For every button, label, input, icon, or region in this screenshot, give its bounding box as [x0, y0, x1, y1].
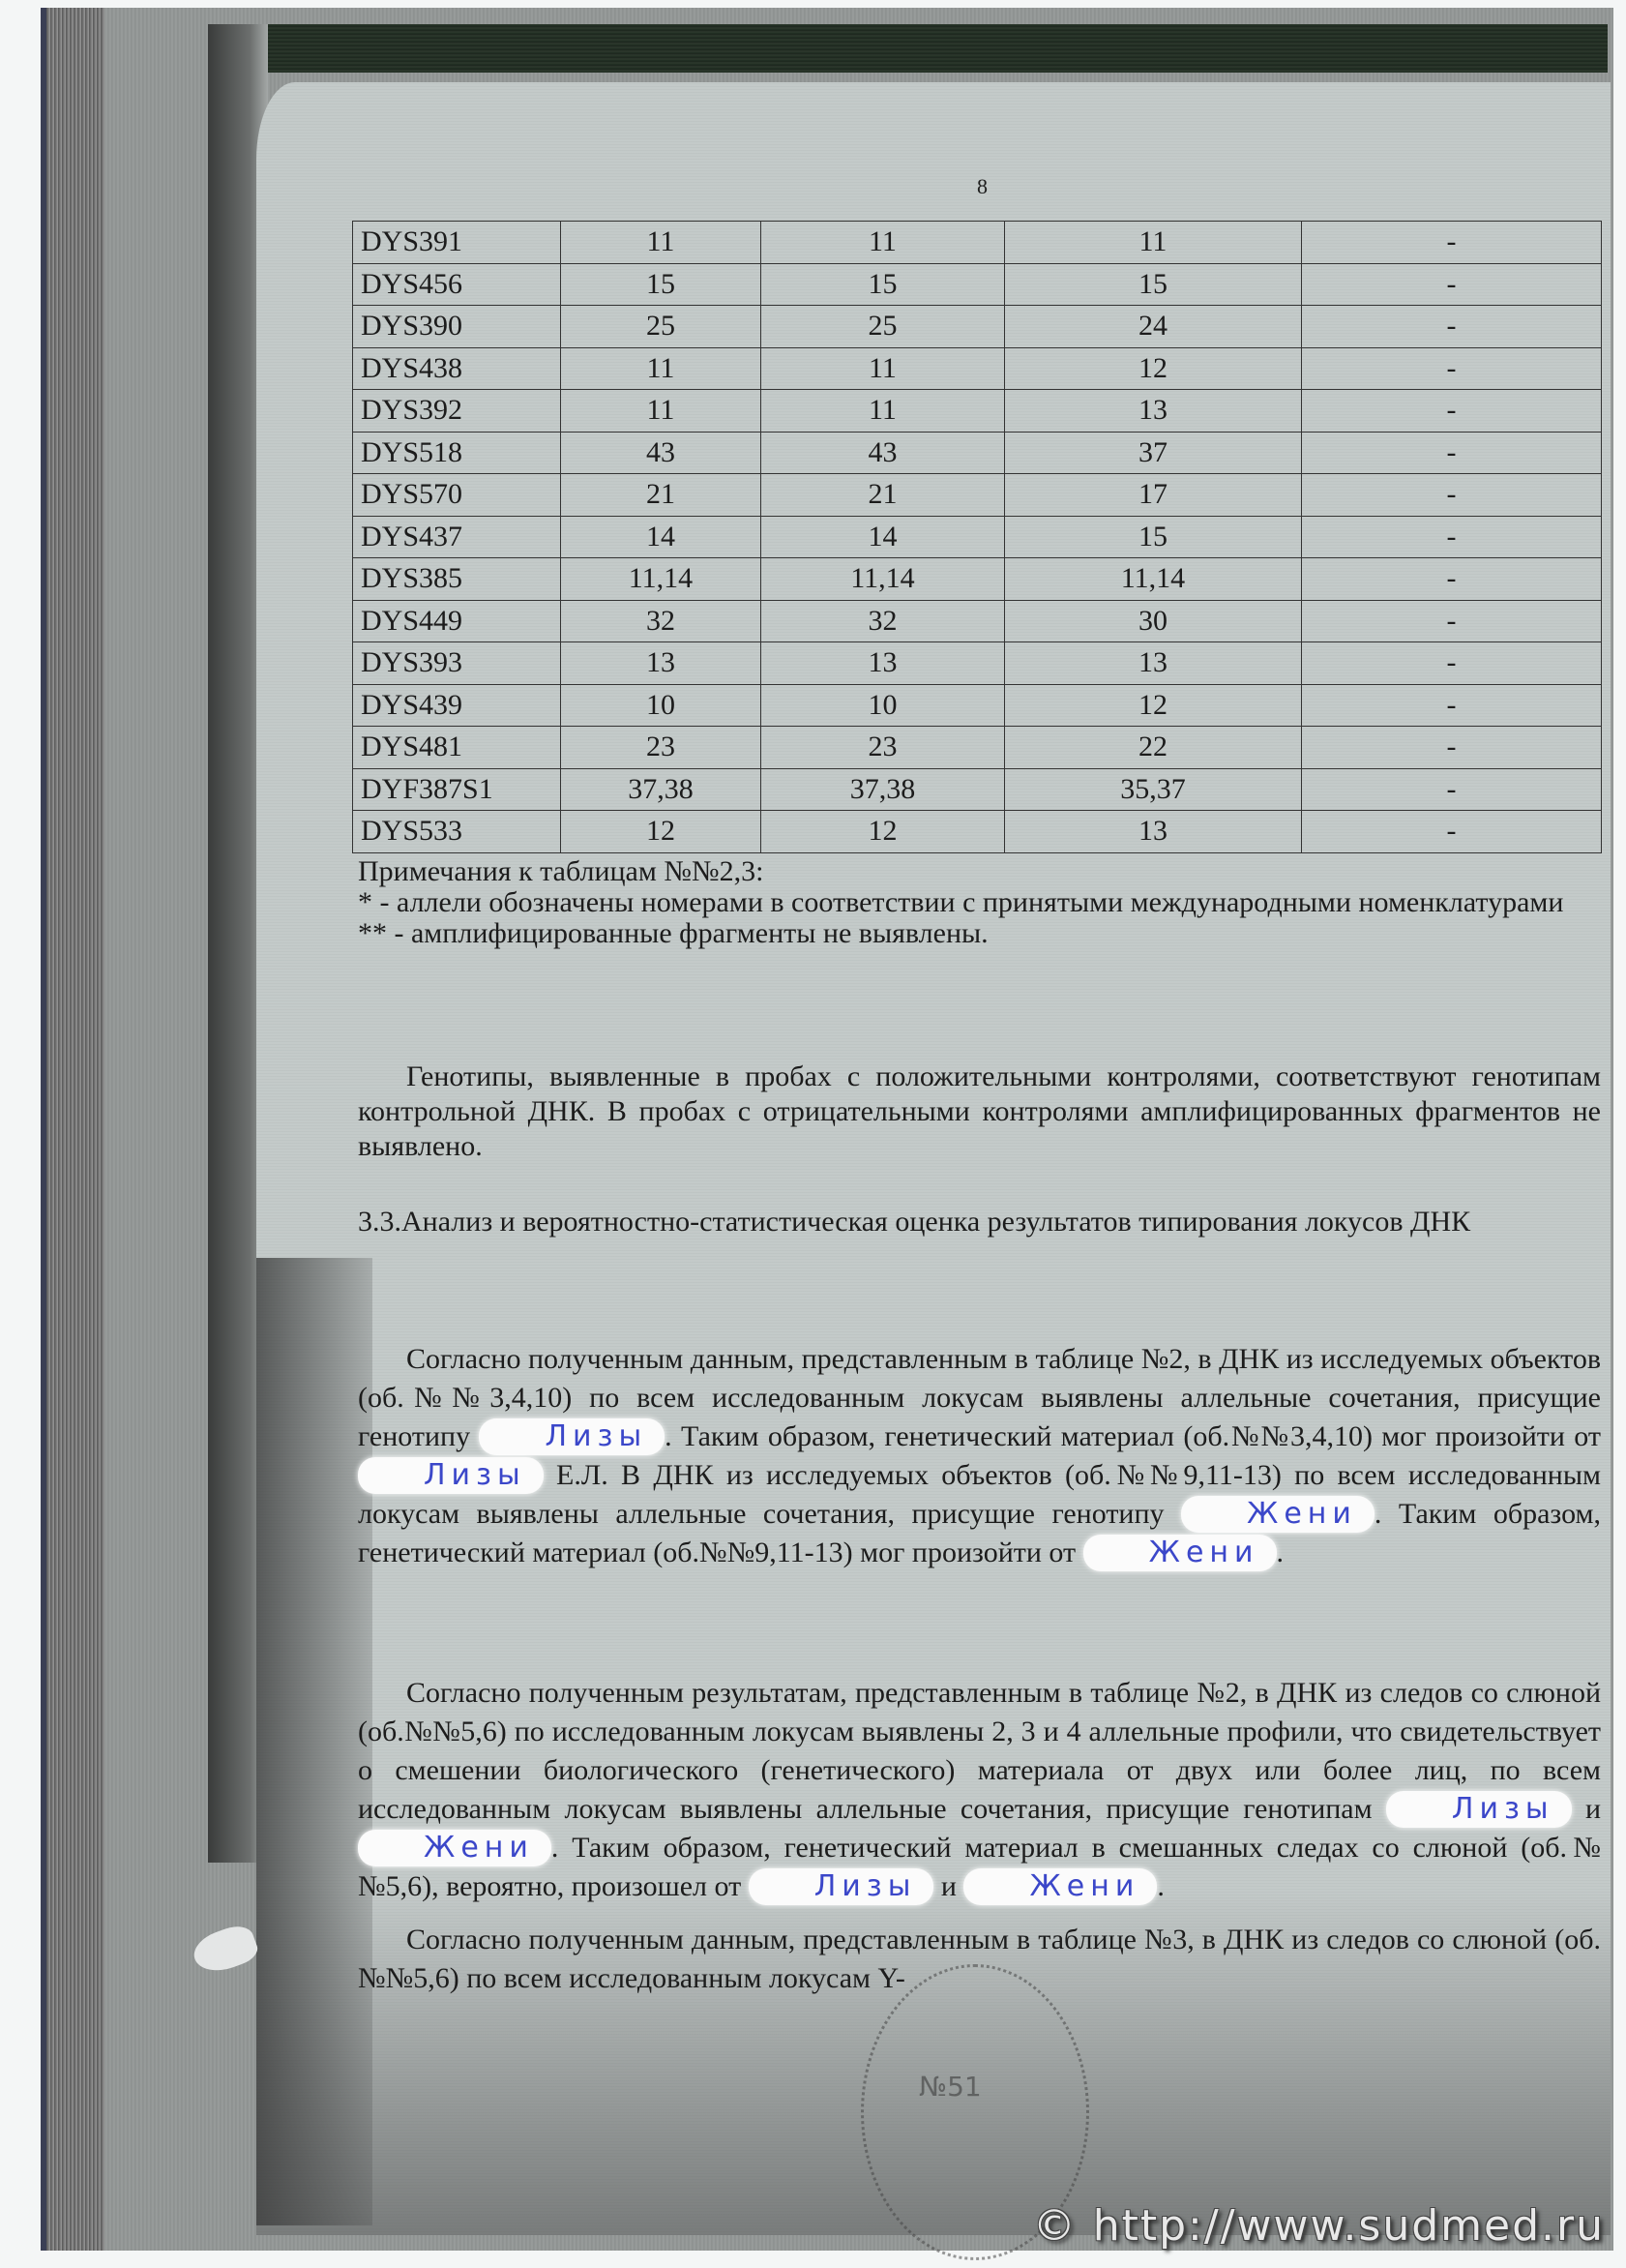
allele-cell: 22 — [1005, 727, 1302, 769]
allele-cell: 13 — [561, 642, 761, 685]
allele-cell: 21 — [761, 474, 1005, 517]
note-alleles: * - аллели обозначены номерами в соответ… — [358, 887, 1601, 918]
allele-cell: 10 — [561, 684, 761, 727]
allele-cell: 11 — [561, 347, 761, 390]
paragraph-controls: Генотипы, выявленные в пробах с положите… — [358, 1059, 1601, 1164]
allele-cell: - — [1302, 347, 1602, 390]
allele-cell: 11,14 — [1005, 558, 1302, 601]
allele-cell: 12 — [1005, 347, 1302, 390]
allele-cell: 11,14 — [761, 558, 1005, 601]
allele-cell: 24 — [1005, 306, 1302, 348]
redacted-name: Лизы — [749, 1868, 934, 1905]
redacted-name: Лизы — [479, 1418, 665, 1455]
allele-cell: 15 — [561, 263, 761, 306]
allele-cell: 11 — [561, 222, 761, 264]
table-row: DYS438111112- — [353, 347, 1602, 390]
allele-cell: - — [1302, 474, 1602, 517]
allele-cell: - — [1302, 390, 1602, 433]
allele-cell: 12 — [561, 811, 761, 853]
table-row: DYF387S137,3837,3835,37- — [353, 768, 1602, 811]
allele-cell: - — [1302, 306, 1602, 348]
allele-cell: 13 — [761, 642, 1005, 685]
scan-top-edge — [208, 24, 1608, 73]
allele-cell: 43 — [561, 432, 761, 474]
locus-name-cell: DYS437 — [353, 516, 561, 558]
locus-name-cell: DYS385 — [353, 558, 561, 601]
allele-cell: 15 — [761, 263, 1005, 306]
allele-cell: 21 — [561, 474, 761, 517]
allele-cell: 25 — [761, 306, 1005, 348]
allele-cell: 11 — [1005, 222, 1302, 264]
notes-title: Примечания к таблицам №№2,3: — [358, 856, 1601, 887]
allele-cell: 11 — [761, 347, 1005, 390]
table-row: DYS439101012- — [353, 684, 1602, 727]
note-no-fragments: ** - амплифицированные фрагменты не выяв… — [358, 918, 1601, 949]
paragraph-table2: Согласно полученным данным, представленн… — [358, 1340, 1601, 1572]
table-row: DYS390252524- — [353, 306, 1602, 348]
table-row: DYS449323230- — [353, 600, 1602, 642]
redacted-name: Жени — [963, 1868, 1157, 1905]
table-row: DYS518434337- — [353, 432, 1602, 474]
allele-cell: 12 — [761, 811, 1005, 853]
locus-name-cell: DYS438 — [353, 347, 561, 390]
allele-cell: 30 — [1005, 600, 1302, 642]
allele-cell: 23 — [761, 727, 1005, 769]
table-row: DYS391111111- — [353, 222, 1602, 264]
section-heading: 3.3.Анализ и вероятностно-статистическая… — [358, 1205, 1601, 1239]
locus-name-cell: DYS570 — [353, 474, 561, 517]
allele-cell: 25 — [561, 306, 761, 348]
allele-cell: - — [1302, 600, 1602, 642]
locus-name-cell: DYS456 — [353, 263, 561, 306]
allele-cell: - — [1302, 263, 1602, 306]
allele-cell: 32 — [561, 600, 761, 642]
allele-cell: 13 — [1005, 811, 1302, 853]
allele-cell: 13 — [1005, 390, 1302, 433]
allele-cell: - — [1302, 727, 1602, 769]
allele-cell: 13 — [1005, 642, 1302, 685]
allele-cell: 14 — [561, 516, 761, 558]
allele-cell: 15 — [1005, 516, 1302, 558]
allele-cell: 43 — [761, 432, 1005, 474]
locus-name-cell: DYS390 — [353, 306, 561, 348]
table-row: DYS533121213- — [353, 811, 1602, 853]
page-number: 8 — [977, 174, 988, 199]
locus-name-cell: DYS533 — [353, 811, 561, 853]
locus-name-cell: DYS518 — [353, 432, 561, 474]
table-notes: Примечания к таблицам №№2,3: * - аллели … — [358, 856, 1601, 949]
allele-cell: 12 — [1005, 684, 1302, 727]
redacted-name: Жени — [1083, 1535, 1277, 1571]
allele-cell: - — [1302, 432, 1602, 474]
paragraph-saliva: Согласно полученным результатам, предста… — [358, 1674, 1601, 1906]
allele-cell: 11 — [761, 390, 1005, 433]
locus-name-cell: DYS392 — [353, 390, 561, 433]
table-row: DYS456151515- — [353, 263, 1602, 306]
allele-cell: 37,38 — [761, 768, 1005, 811]
table-row: DYS570212117- — [353, 474, 1602, 517]
allele-cell: 32 — [761, 600, 1005, 642]
allele-cell: - — [1302, 642, 1602, 685]
allele-cell: 14 — [761, 516, 1005, 558]
allele-cell: 11,14 — [561, 558, 761, 601]
locus-name-cell: DYS439 — [353, 684, 561, 727]
allele-cell: 37 — [1005, 432, 1302, 474]
allele-cell: 23 — [561, 727, 761, 769]
allele-cell: 10 — [761, 684, 1005, 727]
allele-cell: - — [1302, 684, 1602, 727]
redacted-name: Лизы — [358, 1457, 544, 1494]
redacted-name: Лизы — [1386, 1791, 1572, 1828]
table-row: DYS437141415- — [353, 516, 1602, 558]
locus-name-cell: DYS449 — [353, 600, 561, 642]
redacted-name: Жени — [358, 1830, 551, 1866]
allele-cell: - — [1302, 768, 1602, 811]
locus-name-cell: DYF387S1 — [353, 768, 561, 811]
allele-cell: 15 — [1005, 263, 1302, 306]
table-row: DYS392111113- — [353, 390, 1602, 433]
locus-name-cell: DYS481 — [353, 727, 561, 769]
allele-cell: - — [1302, 222, 1602, 264]
table-row: DYS38511,1411,1411,14- — [353, 558, 1602, 601]
allele-cell: 35,37 — [1005, 768, 1302, 811]
allele-cell: 37,38 — [561, 768, 761, 811]
watermark: © http://www.sudmed.ru — [1033, 2201, 1605, 2251]
allele-cell: - — [1302, 516, 1602, 558]
allele-cell: - — [1302, 811, 1602, 853]
locus-name-cell: DYS393 — [353, 642, 561, 685]
table-row: DYS481232322- — [353, 727, 1602, 769]
allele-cell: 17 — [1005, 474, 1302, 517]
redacted-name: Жени — [1181, 1496, 1375, 1533]
allele-cell: 11 — [761, 222, 1005, 264]
ystr-loci-table: DYS391111111-DYS456151515-DYS390252524-D… — [352, 221, 1602, 853]
table-row: DYS393131313- — [353, 642, 1602, 685]
locus-name-cell: DYS391 — [353, 222, 561, 264]
allele-cell: - — [1302, 558, 1602, 601]
stamp-number: №51 — [919, 2071, 982, 2103]
allele-cell: 11 — [561, 390, 761, 433]
